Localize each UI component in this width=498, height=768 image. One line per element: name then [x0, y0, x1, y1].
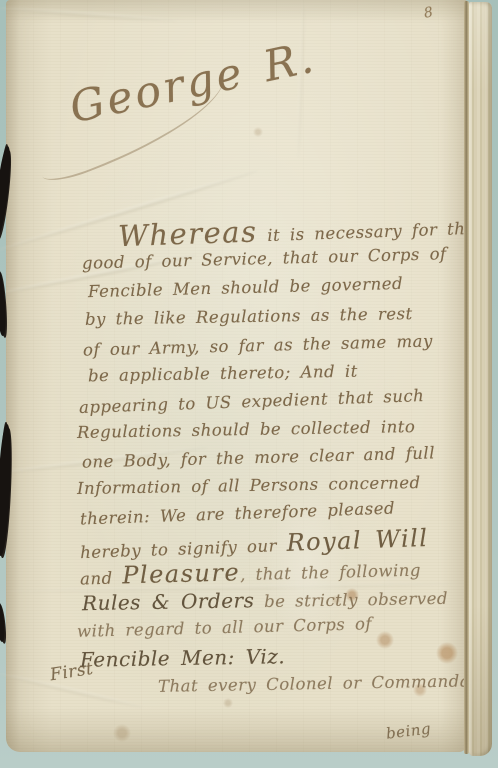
manuscript-line-segment: therein: We are therefore pleased: [80, 499, 396, 529]
manuscript-line-segment: Regulations should be collected into: [77, 417, 416, 442]
manuscript-line-segment: Information of all Persons concerned: [77, 473, 421, 498]
manuscript-line: one Body, for the more clear and full: [82, 445, 435, 471]
manuscript-line-segment: Rules & Orders: [82, 588, 255, 615]
manuscript-line: by the like Regulations as the rest: [85, 306, 413, 328]
manuscript-line: with regard to all our Corps of: [77, 616, 372, 640]
manuscript-line: Information of all Persons concerned: [77, 475, 421, 497]
manuscript-line-segment: Fencible Men should be governed: [88, 274, 403, 301]
manuscript-line: Regulations should be collected into: [77, 419, 416, 441]
manuscript-line: That every Colonel or Commandant: [158, 673, 489, 695]
manuscript-line-segment: hereby to signify our: [80, 536, 287, 562]
manuscript-line-segment: by the like Regulations as the rest: [85, 304, 413, 329]
manuscript-line-segment: be applicable thereto; And it: [88, 362, 358, 386]
manuscript-line-segment: Fencible Men: Viz.: [80, 644, 286, 672]
manuscript-line: Fencible Men should be governed: [88, 276, 403, 301]
manuscript-line-segment: Whereas: [117, 214, 257, 253]
manuscript-line-segment: appearing to US expedient that such: [79, 386, 425, 417]
manuscript-line-segment: , that the following: [240, 561, 421, 585]
manuscript-line: Fencible Men: Viz.: [80, 646, 285, 670]
manuscript-line: appearing to US expedient that such: [79, 388, 425, 417]
book-fore-edge: [469, 2, 492, 756]
manuscript-line-segment: one Body, for the more clear and full: [82, 443, 435, 471]
manuscript-page: 8 George R. Whereas it is necessary for …: [6, 0, 467, 752]
manuscript-line-segment: be strictly observed: [254, 589, 448, 611]
manuscript-line: and Pleasure, that the following: [80, 556, 421, 589]
scan-background: 8 George R. Whereas it is necessary for …: [0, 0, 498, 768]
manuscript-line-segment: and: [80, 568, 123, 588]
manuscript-line: therein: We are therefore pleased: [80, 501, 395, 528]
manuscript-line-segment: of our Army, so far as the same may: [83, 331, 433, 359]
manuscript-line-segment: Royal Will: [286, 524, 429, 557]
manuscript-line-segment: with regard to all our Corps of: [77, 614, 372, 641]
manuscript-line: of our Army, so far as the same may: [83, 333, 433, 359]
manuscript-line-segment: it is necessary for the: [257, 219, 476, 246]
manuscript-line: Rules & Orders be strictly observed: [82, 587, 448, 614]
manuscript-body: Whereas it is necessary for thegood of o…: [6, 0, 467, 752]
manuscript-line: be applicable thereto; And it: [88, 364, 358, 385]
manuscript-line-segment: Pleasure: [122, 558, 240, 589]
manuscript-line-segment: That every Colonel or Commandant: [158, 671, 489, 696]
